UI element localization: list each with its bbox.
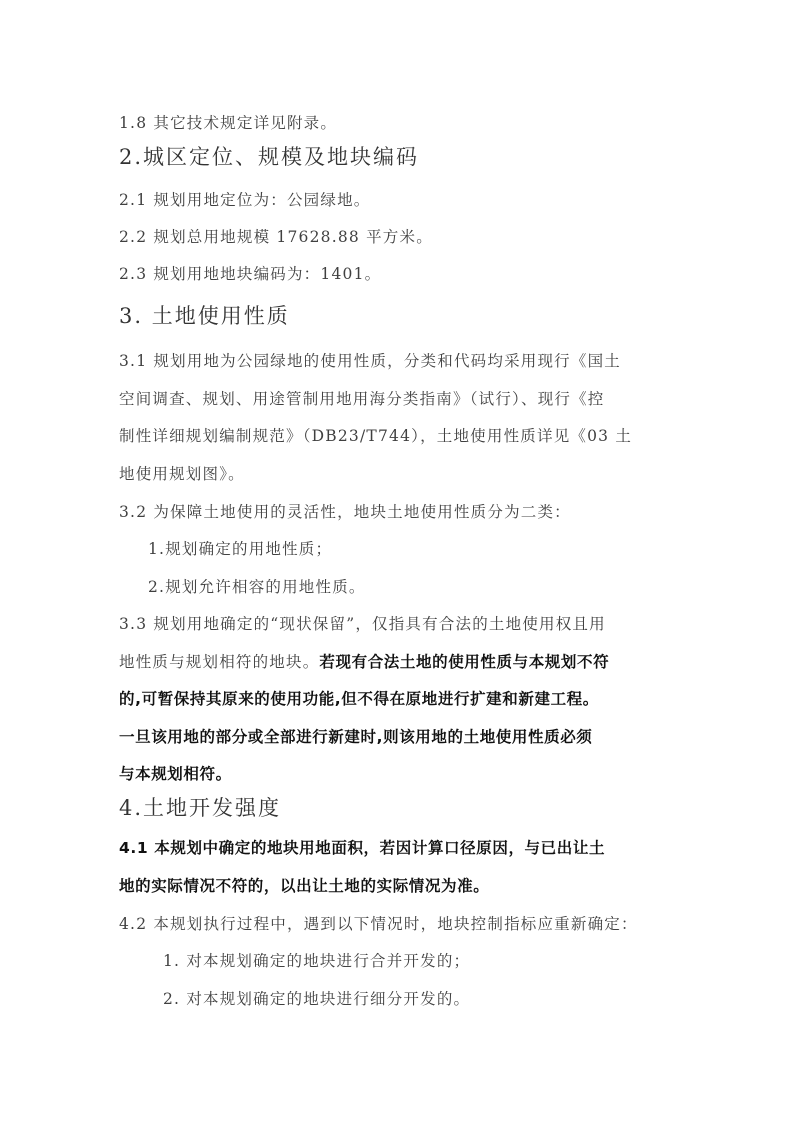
clause-3-1-line2: 空间调查、规划、用途管制用地用海分类指南》（试行）、现行《控: [119, 389, 605, 409]
clause-3-2-item-2: 2.规划允许相容的用地性质。: [148, 577, 366, 597]
clause-3-3-line4: 一旦该用地的部分或全部进行新建时,则该用地的土地使用性质必须: [119, 727, 592, 747]
clause-3-3-bold-text: 若现有合法土地的使用性质与本规划不符: [319, 653, 609, 671]
clause-3-3-line5: 与本规划相符。: [119, 764, 232, 784]
clause-3-2: 3.2 为保障土地使用的灵活性，地块土地使用性质分为二类：: [119, 502, 571, 522]
section-heading-4: 4.土地开发强度: [119, 795, 281, 821]
clause-2-1: 2.1 规划用地定位为：公园绿地。: [119, 190, 370, 210]
clause-3-1-line3: 制性详细规划编制规范》（DB23/T744），土地使用性质详见《03 土: [119, 426, 632, 446]
clause-4-2-item-1: 1. 对本规划确定的地块进行合并开发的；: [163, 951, 470, 971]
clause-3-3-normal-text: 地性质与规划相符的地块。: [119, 653, 319, 671]
section-heading-3: 3. 土地使用性质: [119, 303, 290, 329]
clause-2-2: 2.2 规划总用地规模 17628.88 平方米。: [119, 227, 433, 247]
clause-3-2-item-1: 1.规划确定的用地性质；: [148, 539, 332, 559]
clause-4-1-line2: 地的实际情况不符的，以出让土地的实际情况为准。: [119, 876, 489, 896]
clause-3-3-line3: 的,可暂保持其原来的使用功能,但不得在原地进行扩建和新建工程。: [119, 689, 599, 709]
clause-3-1-line1: 3.1 规划用地为公园绿地的使用性质，分类和代码均采用现行《国土: [119, 351, 621, 371]
clause-3-1-line4: 地使用规划图》。: [119, 464, 245, 484]
clause-3-3-line1: 3.3 规划用地确定的“现状保留”，仅指具有合法的土地使用权且用: [119, 614, 606, 634]
clause-4-2-item-2: 2. 对本规划确定的地块进行细分开发的。: [163, 989, 470, 1009]
clause-4-1-line1: 4.1 本规划中确定的地块用地面积，若因计算口径原因，与已出让土: [119, 838, 605, 858]
clause-3-3-line2: 地性质与规划相符的地块。若现有合法土地的使用性质与本规划不符: [119, 652, 609, 672]
clause-1-8: 1.8 其它技术规定详见附录。: [119, 113, 337, 133]
clause-4-2: 4.2 本规划执行过程中，遇到以下情况时，地块控制指标应重新确定：: [119, 914, 638, 934]
section-heading-2: 2.城区定位、规模及地块编码: [119, 144, 419, 170]
clause-2-3: 2.3 规划用地地块编码为：1401。: [119, 264, 381, 284]
